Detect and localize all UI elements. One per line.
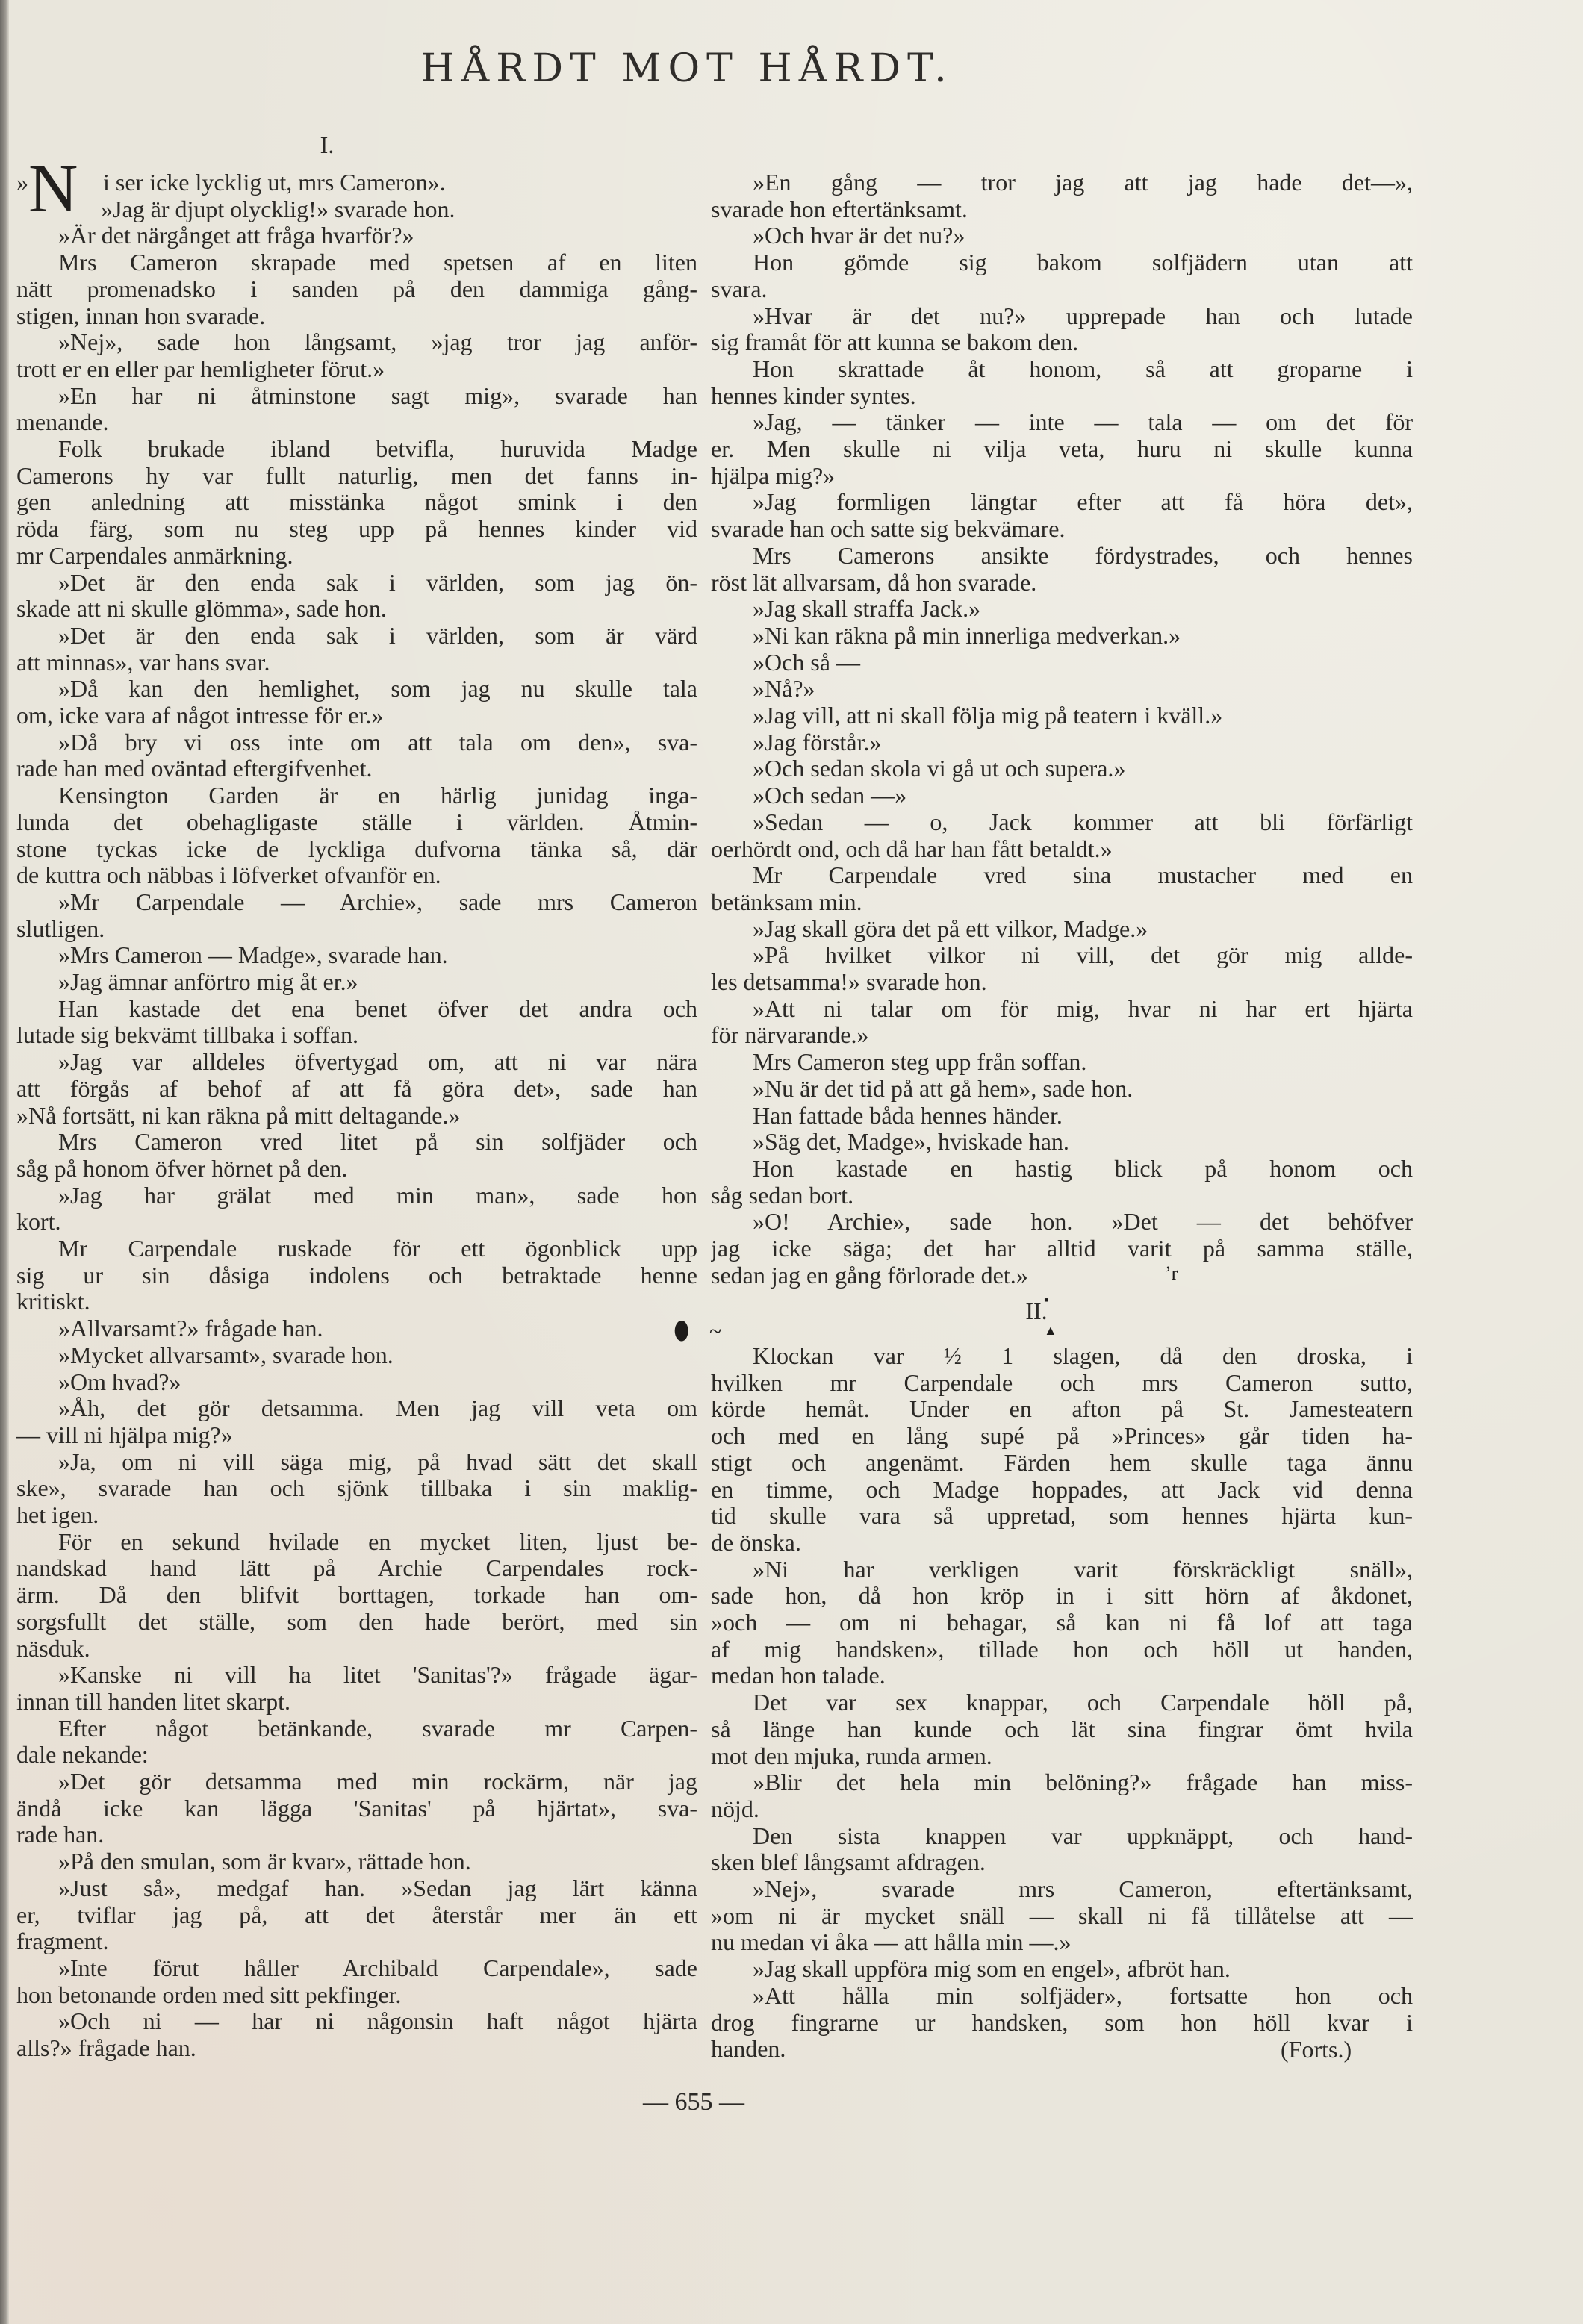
text-line: »och — om ni behagar, så kan ni få lof a…	[711, 1609, 1413, 1636]
text-line: »Jag förstår.»	[753, 729, 1413, 756]
text-line: nu medan vi åka — att hålla min —.»	[711, 1928, 1413, 1955]
text-line: »Och ni — har ni någonsin haft något hjä…	[58, 2007, 697, 2034]
text-line: »Och sedan skola vi gå ut och supera.»	[753, 755, 1413, 782]
text-line: »Och hvar är det nu?»	[753, 222, 1413, 249]
text-line: Kensington Garden är en härlig junidag i…	[58, 782, 697, 809]
text-line: »Jag har grälat med min man», sade hon	[58, 1182, 697, 1209]
article-title: HÅRDT MOT HÅRDT.	[0, 46, 1374, 91]
text-line: het igen.	[16, 1501, 697, 1528]
text-line: fragment.	[16, 1928, 697, 1954]
text-line: »Nej», sade hon långsamt, »jag tror jag …	[58, 328, 697, 355]
text-line: skade att ni skulle glömma», sade hon.	[16, 595, 697, 622]
text-line: »Att hålla min solfjäder», fortsatte hon…	[753, 1982, 1413, 2009]
text-line: ärm. Då den blifvit borttagen, torkade h…	[16, 1581, 697, 1608]
text-line: »Blir det hela min belöning?» frågade ha…	[753, 1769, 1413, 1795]
text-line: Den sista knappen var uppknäppt, och han…	[753, 1822, 1413, 1849]
text-line: af mig handsken», tillade hon och höll u…	[711, 1636, 1413, 1663]
text-line: »Ja, om ni vill säga mig, på hvad sätt d…	[58, 1448, 697, 1475]
text-line: »Ni har verkligen varit förskräckligt sn…	[753, 1556, 1413, 1583]
text-line: »På hvilket vilkor ni vill, det gör mig …	[753, 941, 1413, 968]
text-line: »Att ni talar om för mig, hvar ni har er…	[753, 995, 1413, 1022]
text-line: »Jag skall göra det på ett vilkor, Madge…	[753, 915, 1413, 942]
text-line: — vill ni hjälpa mig?»	[16, 1421, 697, 1448]
text-line: stigt och angenämt. Färden hem skulle ta…	[711, 1449, 1413, 1476]
text-line: »Hvar är det nu?» upprepade han och luta…	[753, 302, 1413, 329]
text-line: »Jag var alldeles öfvertygad om, att ni …	[58, 1048, 697, 1075]
text-line: lunda det obehagligaste ställe i världen…	[16, 809, 697, 835]
proof-mark-icon: ▲	[1044, 1320, 1057, 1341]
text-line: de önska.	[711, 1529, 1413, 1556]
text-line: »Ni kan räkna på min innerliga medverkan…	[753, 622, 1413, 649]
text-line: nandskad hand lätt på Archie Carpendales…	[16, 1554, 697, 1581]
text-line: Mr Carpendale ruskade för ett ögonblick …	[58, 1235, 697, 1262]
text-line: nöjd.	[711, 1795, 1413, 1822]
text-line: såg sedan bort.	[711, 1182, 1413, 1209]
text-line: »Jag är djupt olycklig!» svarade hon.	[101, 196, 698, 222]
text-line: hennes kinder syntes.	[711, 382, 1413, 409]
text-line: »En har ni åtminstone sagt mig», svarade…	[58, 382, 697, 409]
text-line: menande.	[16, 408, 697, 435]
opening-quote: »	[16, 169, 28, 196]
text-line: trott er en eller par hemligheter förut.…	[16, 355, 697, 382]
text-line: »Säg det, Madge», hviskade han.	[753, 1128, 1413, 1155]
text-line: »Det är den enda sak i världen, som jag …	[58, 569, 697, 596]
text-line: stigen, innan hon svarade.	[16, 302, 697, 329]
text-line: »Nu är det tid på att gå hem», sade hon.	[753, 1075, 1413, 1102]
text-line: mr Carpendales anmärkning.	[16, 542, 697, 569]
text-line: »Och så —	[753, 649, 1413, 676]
text-line: gen anledning att misstänka något smink …	[16, 488, 697, 515]
text-line: dale nekande:	[16, 1741, 697, 1768]
text-line: svara.	[711, 275, 1413, 302]
proof-mark-icon: ▪	[1044, 1289, 1048, 1310]
text-line: att minnas», var hans svar.	[16, 649, 697, 676]
text-line: sedan jag en gång förlorade det.»	[711, 1262, 1413, 1289]
text-line: nätt promenadsko i sanden på den dammiga…	[16, 275, 697, 302]
text-line: betänksam min.	[711, 888, 1413, 915]
text-line: jag icke säga; det har alltid varit på s…	[711, 1235, 1413, 1262]
text-line: »om ni är mycket snäll — skall ni få til…	[711, 1902, 1413, 1929]
text-line: sig framåt för att kunna se bakom den.	[711, 328, 1413, 355]
text-line: tid skulle vara så uppretad, som hennes …	[711, 1502, 1413, 1529]
text-line: »Då bry vi oss inte om att tala om den»,…	[58, 729, 697, 756]
text-line: »Kanske ni vill ha litet 'Sanitas'?» frå…	[58, 1661, 697, 1688]
text-line: »En gång — tror jag att jag hade det—»,	[753, 169, 1413, 196]
page-number: — 655 —	[0, 2087, 1387, 2117]
text-line: »Jag skall uppföra mig som en engel», af…	[753, 1955, 1413, 1982]
text-line: Han kastade det ena benet öfver det andr…	[58, 995, 697, 1022]
text-line: »O! Archie», sade hon. »Det — det behöfv…	[753, 1208, 1413, 1235]
text-line: »Jag, — tänker — inte — tala — om det fö…	[753, 408, 1413, 435]
text-line: hvilken mr Carpendale och mrs Cameron su…	[711, 1369, 1413, 1396]
text-line: så länge han kunde och lät sina fingrar …	[711, 1716, 1413, 1742]
text-line: Han fattade båda hennes händer.	[753, 1102, 1413, 1129]
text-line: sorgsfullt det ställe, som den hade berö…	[16, 1608, 697, 1635]
text-line: »Just så», medgaf han. »Sedan jag lärt k…	[58, 1875, 697, 1901]
text-line: »Allvarsamt?» frågade han.	[58, 1315, 697, 1342]
text-line: »Det är den enda sak i världen, som är v…	[58, 622, 697, 649]
text-line: Hon skrattade åt honom, så att groparne …	[753, 355, 1413, 382]
text-line: oerhördt ond, och då har han fått betald…	[711, 835, 1413, 862]
text-line: att förgås af behof af att få göra det»,…	[16, 1075, 697, 1102]
text-line: »Jag ämnar anförtro mig åt er.»	[58, 968, 697, 995]
text-line: medan hon talade.	[711, 1662, 1413, 1689]
text-line: röst lät allvarsam, då hon svarade.	[711, 569, 1413, 596]
text-line: svarade hon eftertänksamt.	[711, 196, 1413, 222]
text-line: alls?» frågade han.	[16, 2034, 697, 2061]
text-line: Mrs Cameron skrapade med spetsen af en l…	[58, 249, 697, 275]
text-line: »Jag skall straffa Jack.»	[753, 595, 1413, 622]
text-line: ändå icke kan lägga 'Sanitas' på hjärtat…	[16, 1795, 697, 1822]
text-line: »Inte förut håller Archibald Carpendale»…	[58, 1954, 697, 1981]
text-line: om, icke vara af något intresse för er.»	[16, 702, 697, 729]
text-line: sade hon, då hon kröp in i sitt hörn af …	[711, 1582, 1413, 1609]
text-line: »Nå fortsätt, ni kan räkna på mitt delta…	[16, 1102, 697, 1129]
text-line: sig ur sin dåsiga indolens och betraktad…	[16, 1262, 697, 1289]
text-line: innan till handen litet skarpt.	[16, 1688, 697, 1715]
text-line: er. Men skulle ni vilja veta, huru ni sk…	[711, 435, 1413, 462]
text-line: »Jag formligen längtar efter att få höra…	[753, 488, 1413, 515]
text-line: Mr Carpendale vred sina mustacher med en	[753, 862, 1413, 888]
continued-note: (Forts.)	[1281, 2036, 1352, 2063]
text-line: körde hemåt. Under en afton på St. James…	[711, 1395, 1413, 1422]
text-line: drog fingrarne ur handsken, som hon höll…	[711, 2009, 1413, 2036]
text-line: för närvarande.»	[711, 1021, 1413, 1048]
text-line: svarade han och satte sig bekvämare.	[711, 515, 1413, 542]
text-line: »Mr Carpendale — Archie», sade mrs Camer…	[58, 888, 697, 915]
text-line: en timme, och Madge hoppades, att Jack v…	[711, 1476, 1413, 1503]
text-line: »Mycket allvarsamt», svarade hon.	[58, 1342, 697, 1368]
ink-blot-icon: ⬮	[674, 1321, 689, 1342]
text-line: Mrs Cameron vred litet på sin solfjäder …	[58, 1128, 697, 1155]
text-line: hjälpa mig?»	[711, 462, 1413, 489]
text-line: »Och sedan —»	[753, 782, 1413, 809]
text-line: »Åh, det gör detsamma. Men jag vill veta…	[58, 1395, 697, 1421]
first-line-text: i ser icke lycklig ut, mrs Cameron».	[103, 169, 446, 196]
text-line: »Mrs Cameron — Madge», svarade han.	[58, 941, 697, 968]
text-line: rade han.	[16, 1821, 697, 1848]
text-line: er, tviflar jag på, att det återstår mer…	[16, 1901, 697, 1928]
text-line: Hon kastade en hastig blick på honom och	[753, 1155, 1413, 1182]
text-line: ske», svarade han och sjönk tillbaka i s…	[16, 1474, 697, 1501]
section-heading-1: I.	[282, 131, 372, 158]
text-line: hon betonande orden med sitt pekfinger.	[16, 1981, 697, 2008]
text-line: »Då kan den hemlighet, som jag nu skulle…	[58, 675, 697, 702]
text-line: »i ser icke lycklig ut, mrs Cameron».	[16, 169, 688, 196]
text-line: Hon gömde sig bakom solfjädern utan att	[753, 249, 1413, 275]
text-line: För en sekund hvilade en mycket liten, l…	[58, 1528, 697, 1555]
section-heading-2: II.	[992, 1297, 1081, 1324]
text-line: Mrs Camerons ansikte fördystrades, och h…	[753, 542, 1413, 569]
text-line: Det var sex knappar, och Carpendale höll…	[753, 1689, 1413, 1716]
proof-mark-icon: ʼr	[1165, 1263, 1178, 1284]
text-line: »Nå?»	[753, 675, 1413, 702]
text-line: »Nej», svarade mrs Cameron, eftertänksam…	[753, 1875, 1413, 1902]
text-line: »Sedan — o, Jack kommer att bli förfärli…	[753, 809, 1413, 835]
text-line: »Det gör detsamma med min rockärm, när j…	[58, 1768, 697, 1795]
page-binding-edge	[0, 0, 9, 2324]
text-line: lutade sig bekvämt tillbaka i soffan.	[16, 1021, 697, 1048]
text-line: såg på honom öfver hörnet på den.	[16, 1155, 697, 1182]
text-line: slutligen.	[16, 915, 697, 942]
text-line: mot den mjuka, runda armen.	[711, 1742, 1413, 1769]
text-line: »Om hvad?»	[58, 1368, 697, 1395]
text-line: Folk brukade ibland betvifla, huruvida M…	[58, 435, 697, 462]
text-line: Efter något betänkande, svarade mr Carpe…	[58, 1715, 697, 1742]
proof-mark-dash-icon: ~	[709, 1321, 721, 1342]
text-line: Camerons hy var fullt naturlig, men det …	[16, 462, 697, 489]
text-line: »Jag vill, att ni skall följa mig på tea…	[753, 702, 1413, 729]
text-line: näsduk.	[16, 1635, 697, 1662]
text-line: de kuttra och näbbas i löfverket ofvanfö…	[16, 862, 697, 888]
text-line: röda färg, som nu steg upp på hennes kin…	[16, 515, 697, 542]
text-line: Klockan var ½ 1 slagen, då den droska, i	[753, 1342, 1413, 1369]
text-line: kritiskt.	[16, 1288, 697, 1315]
text-line: les detsamma!» svarade hon.	[711, 968, 1413, 995]
text-line: kort.	[16, 1208, 697, 1235]
text-line: stone tyckas icke de lyckliga dufvorna t…	[16, 835, 697, 862]
text-line: och med en lång supé på »Princes» går ti…	[711, 1422, 1413, 1449]
text-line: sken blef långsamt afdragen.	[711, 1848, 1413, 1875]
text-line: »Är det närgånget att fråga hvarför?»	[58, 222, 697, 249]
text-line: »På den smulan, som är kvar», rättade ho…	[58, 1848, 697, 1875]
text-line: rade han med oväntad eftergifvenhet.	[16, 755, 697, 782]
text-line: Mrs Cameron steg upp från soffan.	[753, 1048, 1413, 1075]
